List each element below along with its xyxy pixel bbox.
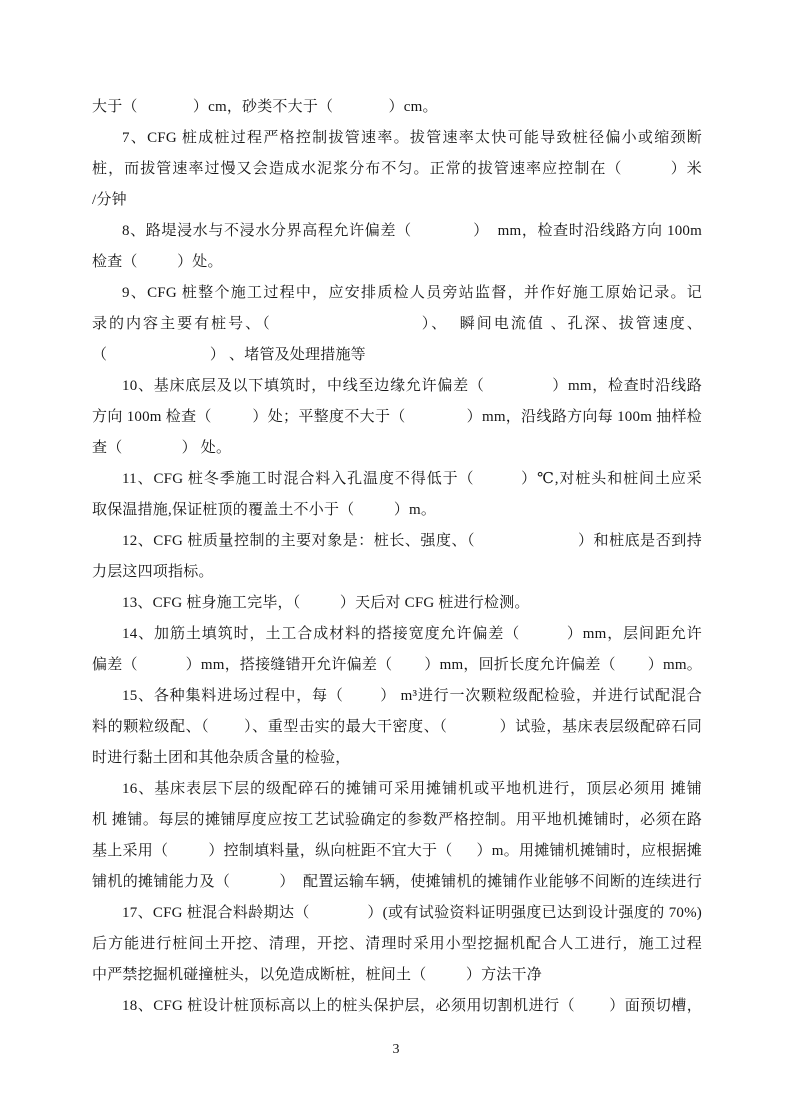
- text-line: 大于（ ）cm，砂类不大于（ ）cm。: [92, 92, 702, 123]
- text-line: 方向 100m 检查（ ）处；平整度不大于（ ）mm，沿线路方向每 100m 抽…: [92, 402, 702, 433]
- text-line: 15、各种集料进场过程中，每（ ） m³进行一次颗粒级配检验，并进行试配混合: [92, 681, 702, 712]
- text-line: 力层这四项指标。: [92, 557, 702, 588]
- page-number: 3: [0, 1038, 792, 1062]
- text-line: 10、基床底层及以下填筑时，中线至边缘允许偏差（ ）mm，检查时沿线路: [92, 371, 702, 402]
- text-line: 机 摊铺。每层的摊铺厚度应按工艺试验确定的参数严格控制。用平地机摊铺时，必须在路: [92, 805, 702, 836]
- text-line: 检查（ ）处。: [92, 247, 702, 278]
- text-line: 12、CFG 桩质量控制的主要对象是：桩长、强度、（ ）和桩底是否到持: [92, 526, 702, 557]
- text-line: 11、CFG 桩冬季施工时混合料入孔温度不得低于（ ）℃,对桩头和桩间土应采: [92, 464, 702, 495]
- text-line: 17、CFG 桩混合料龄期达（ ）(或有试验资料证明强度已达到设计强度的 70%…: [92, 898, 702, 929]
- text-line: 偏差（ ）mm，搭接缝错开允许偏差（ ）mm，回折长度允许偏差（ ）mm。: [92, 650, 702, 681]
- text-line: （ ） 、堵管及处理措施等: [92, 340, 702, 371]
- text-line: 料的颗粒级配、（ ）、重型击实的最大干密度、（ ）试验，基床表层级配碎石同: [92, 712, 702, 743]
- text-line: /分钟: [92, 185, 702, 216]
- text-line: 时进行黏土团和其他杂质含量的检验，: [92, 743, 702, 774]
- text-line: 7、CFG 桩成桩过程严格控制拔管速率。拔管速率太快可能导致桩径偏小或缩颈断: [92, 123, 702, 154]
- text-line: 16、基床表层下层的级配碎石的摊铺可采用摊铺机或平地机进行，顶层必须用 摊铺: [92, 774, 702, 805]
- text-line: 基上采用（ ）控制填料量，纵向桩距不宜大于（ ）m。用摊铺机摊铺时，应根据摊: [92, 836, 702, 867]
- text-line: 取保温措施,保证桩顶的覆盖土不小于（ ）m。: [92, 495, 702, 526]
- document-content: 大于（ ）cm，砂类不大于（ ）cm。7、CFG 桩成桩过程严格控制拔管速率。拔…: [92, 92, 702, 1022]
- text-line: 铺机的摊铺能力及（ ） 配置运输车辆，使摊铺机的摊铺作业能够不间断的连续进行: [92, 867, 702, 898]
- text-line: 查（ ） 处。: [92, 433, 702, 464]
- text-line: 桩，而拔管速率过慢又会造成水泥浆分布不匀。正常的拔管速率应控制在（ ）米: [92, 154, 702, 185]
- text-line: 中严禁挖掘机碰撞桩头，以免造成断桩，桩间土（ ）方法干净: [92, 960, 702, 991]
- text-line: 9、CFG 桩整个施工过程中，应安排质检人员旁站监督，并作好施工原始记录。记: [92, 278, 702, 309]
- text-line: 14、加筋土填筑时，土工合成材料的搭接宽度允许偏差（ ）mm，层间距允许: [92, 619, 702, 650]
- text-line: 录的内容主要有桩号、（ ）、 瞬间电流值 、孔深、拔管速度、: [92, 309, 702, 340]
- text-line: 18、CFG 桩设计桩顶标高以上的桩头保护层，必须用切割机进行（ ）面预切槽，: [92, 991, 702, 1022]
- document-page: 大于（ ）cm，砂类不大于（ ）cm。7、CFG 桩成桩过程严格控制拔管速率。拔…: [0, 0, 792, 1120]
- text-line: 13、CFG 桩身施工完毕，（ ）天后对 CFG 桩进行检测。: [92, 588, 702, 619]
- text-line: 8、路堤浸水与不浸水分界高程允许偏差（ ） mm，检查时沿线路方向 100m: [92, 216, 702, 247]
- text-line: 后方能进行桩间土开挖、清理，开挖、清理时采用小型挖掘机配合人工进行，施工过程: [92, 929, 702, 960]
